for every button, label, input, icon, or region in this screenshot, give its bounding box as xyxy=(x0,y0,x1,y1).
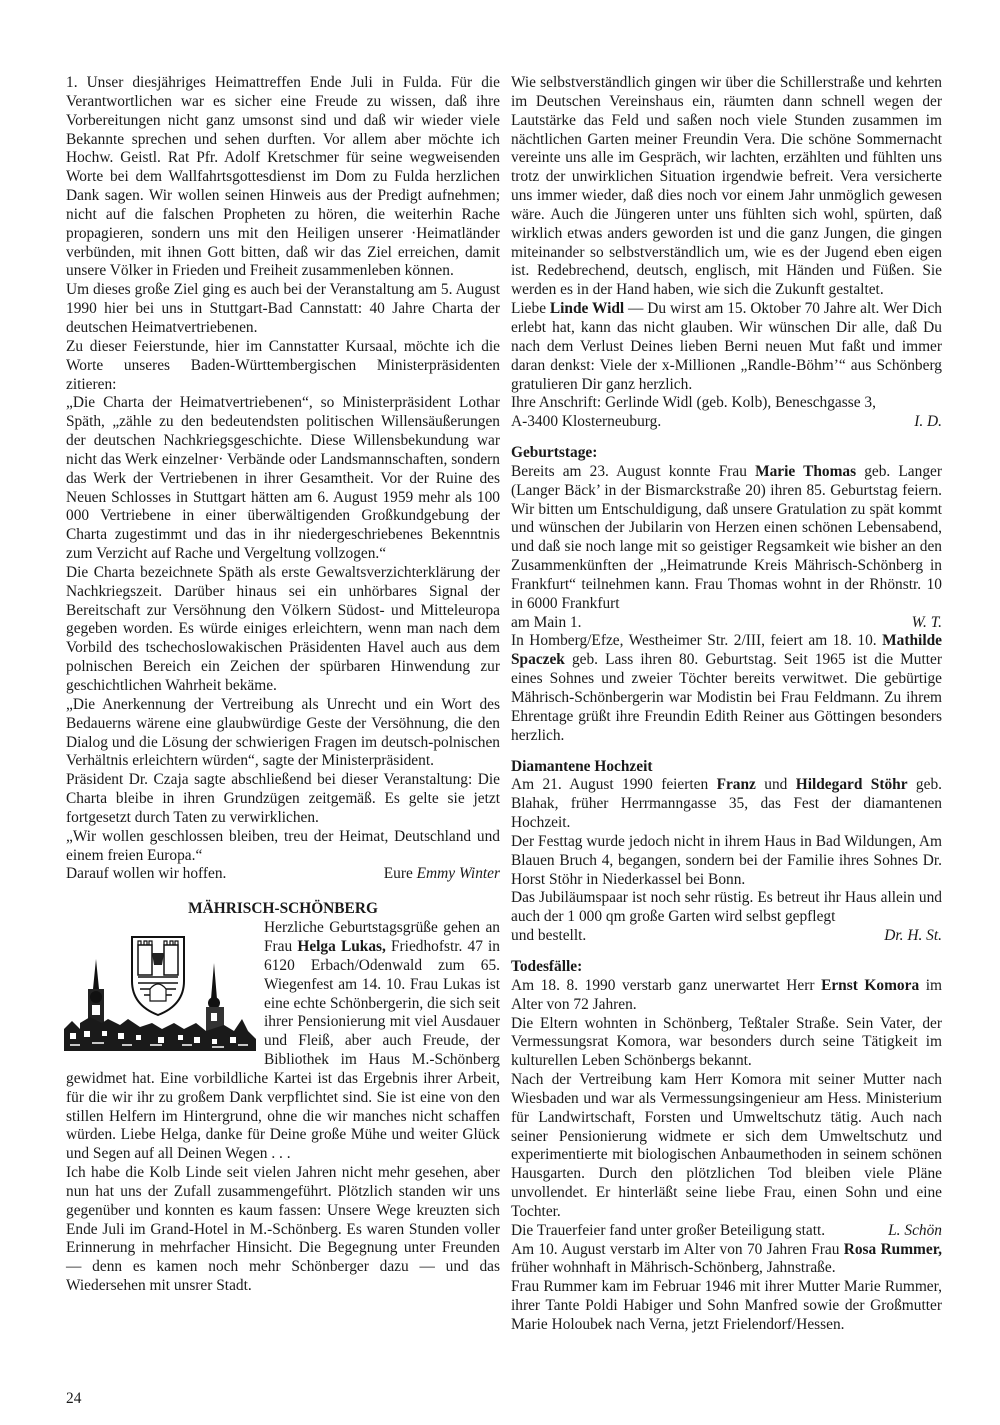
paragraph: Präsident Dr. Czaja sagte abschließend b… xyxy=(66,771,500,828)
birthday-paragraph: Herzliche Geburtstagsgrüße gehen an Frau… xyxy=(66,919,500,1164)
section-heading-diamond-wedding: Diamantene Hochzeit xyxy=(511,758,942,777)
paragraph: „Die Charta der Heimatvertriebenen“, so … xyxy=(66,394,500,564)
paragraph: In Homberg/Efze, Westheimer Str. 2/III, … xyxy=(511,632,942,745)
author-initials: L. Schön xyxy=(888,1222,942,1241)
paragraph: Liebe Linde Widl — Du wirst am 15. Oktob… xyxy=(511,300,942,394)
paragraph: Das Jubiläumspaar ist noch sehr rüstig. … xyxy=(511,889,942,927)
person-name: Linde Widl xyxy=(550,300,624,317)
person-name: Rosa Rum­mer, xyxy=(844,1241,942,1258)
paragraph: Zu dieser Feierstunde, hier im Cannstatt… xyxy=(66,338,500,395)
paragraph: Um dieses große Ziel ging es auch bei de… xyxy=(66,281,500,338)
signature-line: Die Trauerfeier fand unter großer Beteil… xyxy=(511,1222,942,1241)
paragraph: Die Eltern wohnten in Schönberg, Teßtale… xyxy=(511,1015,942,1072)
author-initials: Dr. H. St. xyxy=(884,927,942,946)
signature-line: A-3400 Klosterneuburg. I. D. xyxy=(511,413,942,432)
person-name: Franz xyxy=(717,776,756,793)
author-initials: I. D. xyxy=(914,413,942,432)
paragraph: Am 21. August 1990 feierten Franz und Hi… xyxy=(511,776,942,833)
paragraph: Am 18. 8. 1990 verstarb ganz unerwartet … xyxy=(511,977,942,1015)
closing-signature-block: Eure Emmy Winter xyxy=(384,865,500,884)
section-heading-deaths: Todesfälle: xyxy=(511,958,942,977)
paragraph: Am 10. August verstarb im Alter von 70 J… xyxy=(511,1241,942,1279)
author-initials: W. T. xyxy=(912,614,942,633)
person-name: Hildegard Stöhr xyxy=(796,776,908,793)
signature-line: am Main 1. W. T. xyxy=(511,614,942,633)
closing-line: Darauf wollen wir hoffen. Eure Emmy Wint… xyxy=(66,865,500,884)
paragraph: Frau Rummer kam im Februar 1946 mit ihre… xyxy=(511,1278,942,1335)
left-column: 1. Unser diesjähriges Heimattreffen Ende… xyxy=(66,74,500,1296)
paragraph: Ihre Anschrift: Gerlinde Widl (geb. Kolb… xyxy=(511,394,942,413)
town-coat-of-arms-illustration xyxy=(62,919,258,1052)
paragraph: 1. Unser diesjähriges Heimattreffen Ende… xyxy=(66,74,500,281)
paragraph: Nach der Vertreibung kam Herr Komora mit… xyxy=(511,1071,942,1222)
closing-text: Darauf wollen wir hoffen. xyxy=(66,865,226,884)
right-column: Wie selbstverständlich gingen wir über d… xyxy=(511,74,942,1335)
signature-line: und bestellt. Dr. H. St. xyxy=(511,927,942,946)
page-number: 24 xyxy=(66,1390,81,1408)
paragraph: Ich habe die Kolb Linde seit vielen Jahr… xyxy=(66,1164,500,1296)
paragraph: Wie selbstverständlich gingen wir über d… xyxy=(511,74,942,300)
paragraph: Bereits am 23. August konnte Frau Marie … xyxy=(511,463,942,614)
person-name: Marie Thomas xyxy=(755,463,856,480)
paragraph: Der Festtag wurde jedoch nicht in ihrem … xyxy=(511,833,942,890)
paragraph: Die Charta bezeichnete Späth als erste G… xyxy=(66,564,500,696)
paragraph: „Die Anerkennung der Vertreibung als Unr… xyxy=(66,696,500,771)
section-title: MÄHRISCH-SCHÖNBERG xyxy=(66,900,500,919)
person-name: Ernst Komora xyxy=(821,977,919,994)
section-heading-birthdays: Geburtstage: xyxy=(511,444,942,463)
author-signature: Emmy Winter xyxy=(417,865,500,882)
person-name: Helga Lukas, xyxy=(297,938,386,955)
paragraph: „Wir wollen geschlossen bleiben, treu de… xyxy=(66,828,500,866)
